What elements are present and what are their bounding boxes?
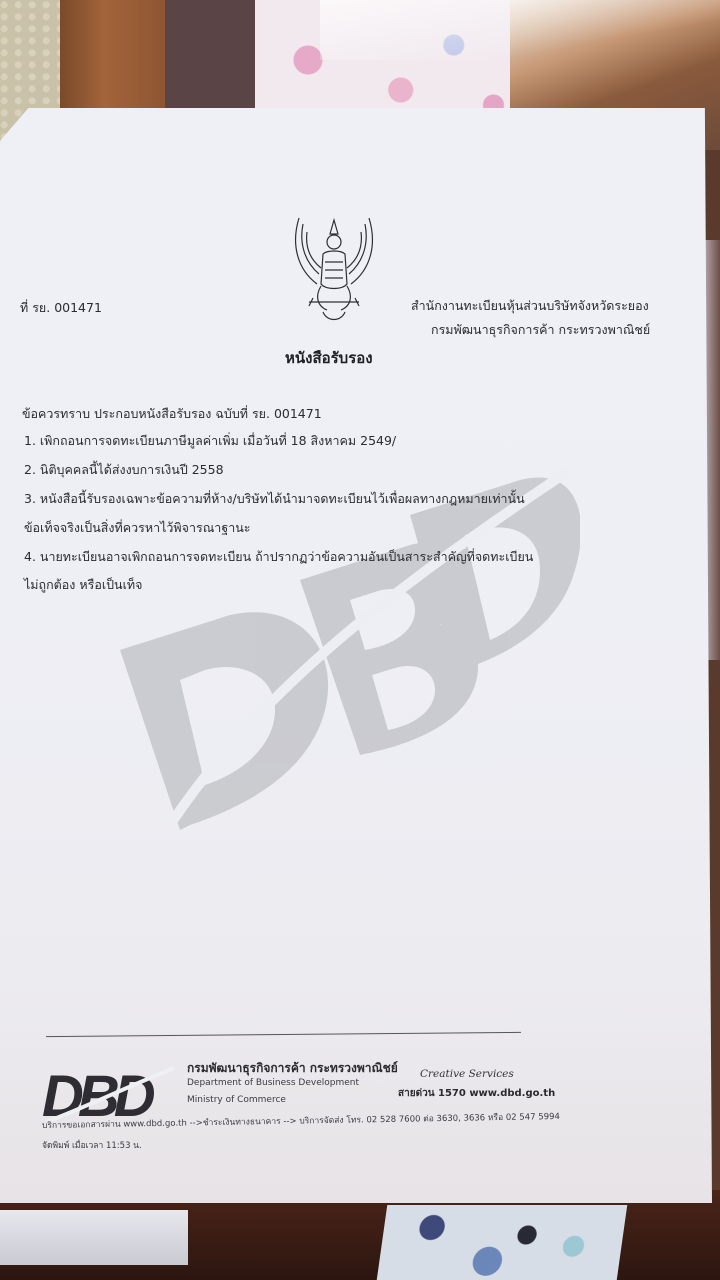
footer-hotline: สายด่วน 1570 www.dbd.go.th	[398, 1086, 555, 1101]
notes-heading: ข้อควรทราบ ประกอบหนังสือรับรอง ฉบับที่ ร…	[22, 404, 322, 424]
background-sticker-sheet	[377, 1205, 628, 1280]
background-sheet-under	[0, 1210, 188, 1265]
note-item: 2. นิติบุคคลนี้ได้ส่งงบการเงินปี 2558	[24, 460, 224, 480]
note-item: 1. เพิกถอนการจดทะเบียนภาษีมูลค่าเพิ่ม เม…	[24, 431, 396, 451]
note-item: 4. นายทะเบียนอาจเพิกถอนการจดทะเบียน ถ้าป…	[24, 547, 533, 567]
note-item-continuation: ไม่ถูกต้อง หรือเป็นเท็จ	[24, 575, 142, 595]
garuda-emblem-icon	[287, 214, 381, 326]
footer-org-english: Department of Business Development	[187, 1078, 359, 1088]
footer-printed-time: จัดพิมพ์ เมื่อเวลา 11:53 น.	[42, 1138, 142, 1152]
issuer-department: กรมพัฒนาธุรกิจการค้า กระทรวงพาณิชย์	[431, 320, 650, 340]
footer-ministry-english: Ministry of Commerce	[187, 1095, 286, 1105]
footer-slogan: Creative Services	[420, 1068, 514, 1080]
footer-org-thai: กรมพัฒนาธุรกิจการค้า กระทรวงพาณิชย์	[187, 1059, 398, 1078]
background-plastic-glare	[320, 0, 720, 60]
document-title: หนังสือรับรอง	[285, 346, 373, 370]
issuer-office: สำนักงานทะเบียนหุ้นส่วนบริษัทจังหวัดระยอ…	[411, 296, 649, 316]
note-item: 3. หนังสือนี้รับรองเฉพาะข้อความที่ห้าง/บ…	[24, 489, 525, 509]
note-item-continuation: ข้อเท็จจริงเป็นสิ่งที่ควรหาไว้พิจารณาฐาน…	[24, 518, 251, 538]
reference-number: ที่ รย. 001471	[20, 298, 102, 318]
